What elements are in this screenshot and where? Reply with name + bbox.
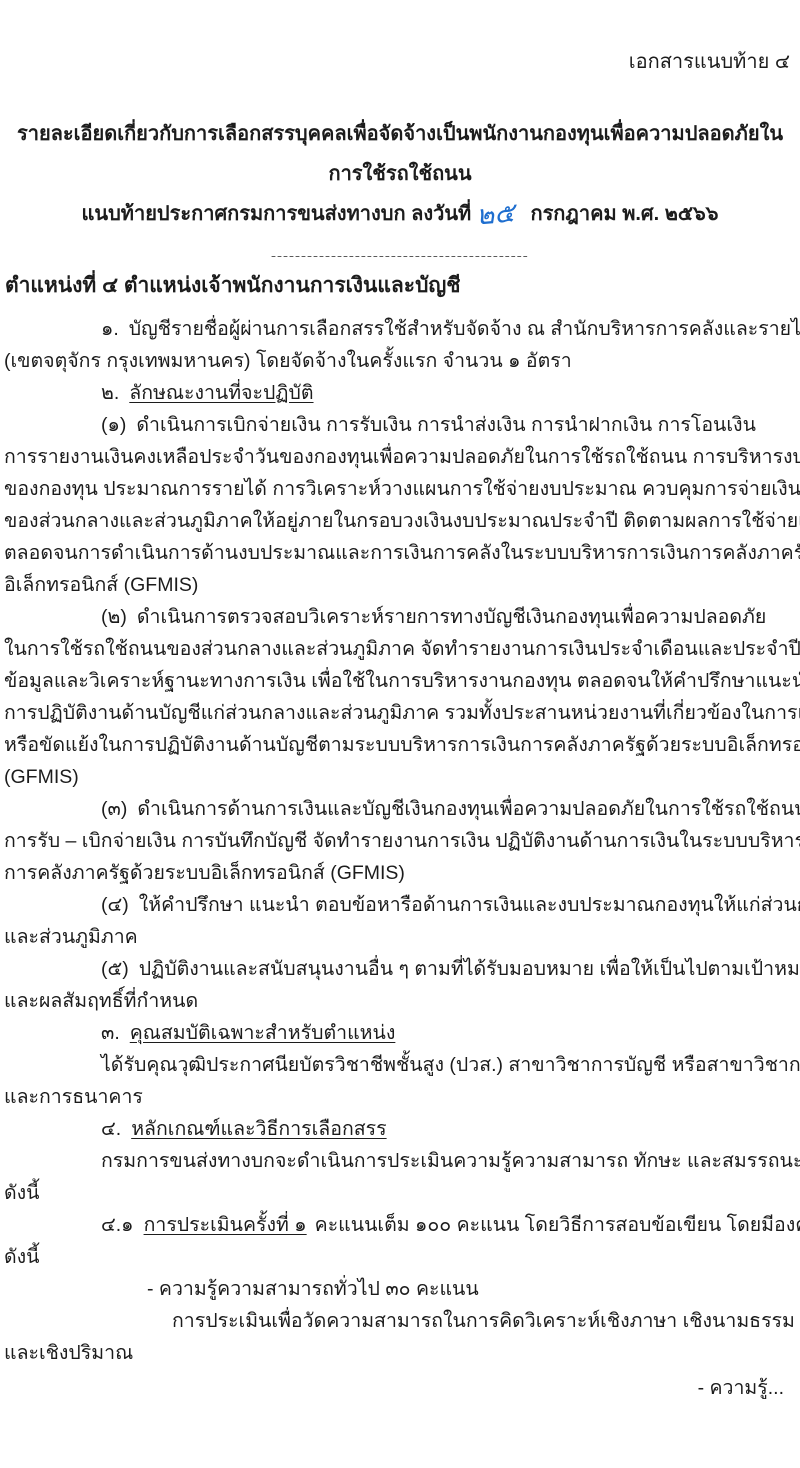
item1-number: ๑. [101,313,119,345]
handwritten-day: ๒๕ [476,202,516,225]
document-page: เอกสารแนบท้าย ๔ รายละเอียดเกี่ยวกับการเล… [0,0,800,1468]
task1-text: ดำเนินการเบิกจ่ายเงิน การรับเงิน การนำส่… [136,414,756,436]
task5-number: (๕) [101,953,129,985]
title-line1: รายละเอียดเกี่ยวกับการเลือกสรรบุคคลเพื่อ… [0,114,800,194]
section3-line1: ได้รับคุณวุฒิประกาศนียบัตรวิชาชีพชั้นสูง… [4,1049,796,1081]
task2-text: ดำเนินการตรวจสอบวิเคราะห์รายการทางบัญชีเ… [137,606,766,628]
task4-line1: (๔)ให้คำปรึกษา แนะนำ ตอบข้อหารือด้านการเ… [4,889,796,921]
document-title: รายละเอียดเกี่ยวกับการเลือกสรรบุคคลเพื่อ… [0,114,800,257]
section2-heading-line: ๒.ลักษณะงานที่จะปฏิบัติ [4,377,796,409]
task2-line4: การปฏิบัติงานด้านบัญชีแก่ส่วนกลางและส่วน… [4,697,796,729]
task4-line2: และส่วนภูมิภาค [4,921,796,953]
sub41-line1: ๔.๑การประเมินครั้งที่ ๑คะแนนเต็ม ๑๐๐ คะแ… [4,1209,796,1241]
title-line2-prefix: แนบท้ายประกาศกรมการขนส่งทางบก ลงวันที่ [82,203,472,225]
task1-line1: (๑)ดำเนินการเบิกจ่ายเงิน การรับเงิน การน… [4,409,796,441]
item1-line1: ๑.บัญชีรายชื่อผู้ผ่านการเลือกสรรใช้สำหรั… [4,313,796,345]
section4-intro-line1: กรมการขนส่งทางบกจะดำเนินการประเมินความรู… [4,1145,796,1177]
item1-text: บัญชีรายชื่อผู้ผ่านการเลือกสรรใช้สำหรับจ… [129,318,800,340]
task2-line6: (GFMIS) [4,761,796,793]
task1-line2: การรายงานเงินคงเหลือประจำวันของกองทุนเพื… [4,441,796,473]
sub41-detail-line2: และเชิงปริมาณ [4,1337,796,1369]
task5-line2: และผลสัมฤทธิ์ที่กำหนด [4,985,796,1017]
task1-line3: ของกองทุน ประมาณการรายได้ การวิเคราะห์วา… [4,473,796,505]
title-line2-suffix: กรกฎาคม พ.ศ. ๒๕๖๖ [530,203,718,225]
task3-line3: การคลังภาครัฐด้วยระบบอิเล็กทรอนิกส์ (GFM… [4,857,796,889]
section3-heading: คุณสมบัติเฉพาะสำหรับตำแหน่ง [130,1022,396,1044]
task5-line1: (๕)ปฏิบัติงานและสนับสนุนงานอื่น ๆ ตามที่… [4,953,796,985]
attachment-label: เอกสารแนบท้าย ๔ [0,0,800,74]
task2-line1: (๒)ดำเนินการตรวจสอบวิเคราะห์รายการทางบัญ… [4,601,796,633]
task3-line1: (๓)ดำเนินการด้านการเงินและบัญชีเงินกองทุ… [4,793,796,825]
sub41-text: คะแนนเต็ม ๑๐๐ คะแนน โดยวิธีการสอบข้อเขีย… [315,1214,800,1236]
sub41-line2: ดังนี้ [4,1241,796,1273]
task1-line4: ของส่วนกลางและส่วนภูมิภาคให้อยู่ภายในกรอ… [4,505,796,537]
task3-line2: การรับ – เบิกจ่ายเงิน การบันทึกบัญชี จัด… [4,825,796,857]
page-catchword: - ความรู้... [4,1372,796,1404]
section4-number: ๔. [101,1113,121,1145]
task3-number: (๓) [101,793,127,825]
task1-line6: อิเล็กทรอนิกส์ (GFMIS) [4,569,796,601]
task4-number: (๔) [101,889,129,921]
section3-heading-line: ๓.คุณสมบัติเฉพาะสำหรับตำแหน่ง [4,1017,796,1049]
task5-text: ปฏิบัติงานและสนับสนุนงานอื่น ๆ ตามที่ได้… [139,958,800,980]
sub41-heading: การประเมินครั้งที่ ๑ [144,1214,307,1236]
title-divider: ----------------------------------------… [271,237,529,257]
title-line2: แนบท้ายประกาศกรมการขนส่งทางบก ลงวันที่๒๕… [0,194,800,234]
task2-line2: ในการใช้รถใช้ถนนของส่วนกลางและส่วนภูมิภา… [4,633,796,665]
sub41-bullet1: - ความรู้ความสามารถทั่วไป ๓๐ คะแนน [4,1273,796,1305]
section4-heading: หลักเกณฑ์และวิธีการเลือกสรร [131,1118,386,1140]
task2-line5: หรือขัดแย้งในการปฏิบัติงานด้านบัญชีตามระ… [4,729,796,761]
sub41-detail-line1: การประเมินเพื่อวัดความสามารถในการคิดวิเค… [4,1305,796,1337]
task1-number: (๑) [101,409,126,441]
section2-heading: ลักษณะงานที่จะปฏิบัติ [129,382,313,404]
item1-line2: (เขตจตุจักร กรุงเทพมหานคร) โดยจัดจ้างในค… [4,345,796,377]
document-body: ๑.บัญชีรายชื่อผู้ผ่านการเลือกสรรใช้สำหรั… [0,313,800,1404]
task3-text: ดำเนินการด้านการเงินและบัญชีเงินกองทุนเพ… [137,798,800,820]
section2-number: ๒. [101,377,119,409]
sub41-number: ๔.๑ [101,1209,134,1241]
section4-intro-line2: ดังนี้ [4,1177,796,1209]
task4-text: ให้คำปรึกษา แนะนำ ตอบข้อหารือด้านการเงิน… [139,894,800,916]
section3-line2: และการธนาคาร [4,1081,796,1113]
task2-line3: ข้อมูลและวิเคราะห์ฐานะทางการเงิน เพื่อใช… [4,665,796,697]
task2-number: (๒) [101,601,127,633]
task1-line5: ตลอดจนการดำเนินการด้านงบประมาณและการเงิน… [4,537,796,569]
position-heading: ตำแหน่งที่ ๔ ตำแหน่งเจ้าพนักงานการเงินแล… [0,271,800,301]
section3-number: ๓. [101,1017,120,1049]
section4-heading-line: ๔.หลักเกณฑ์และวิธีการเลือกสรร [4,1113,796,1145]
